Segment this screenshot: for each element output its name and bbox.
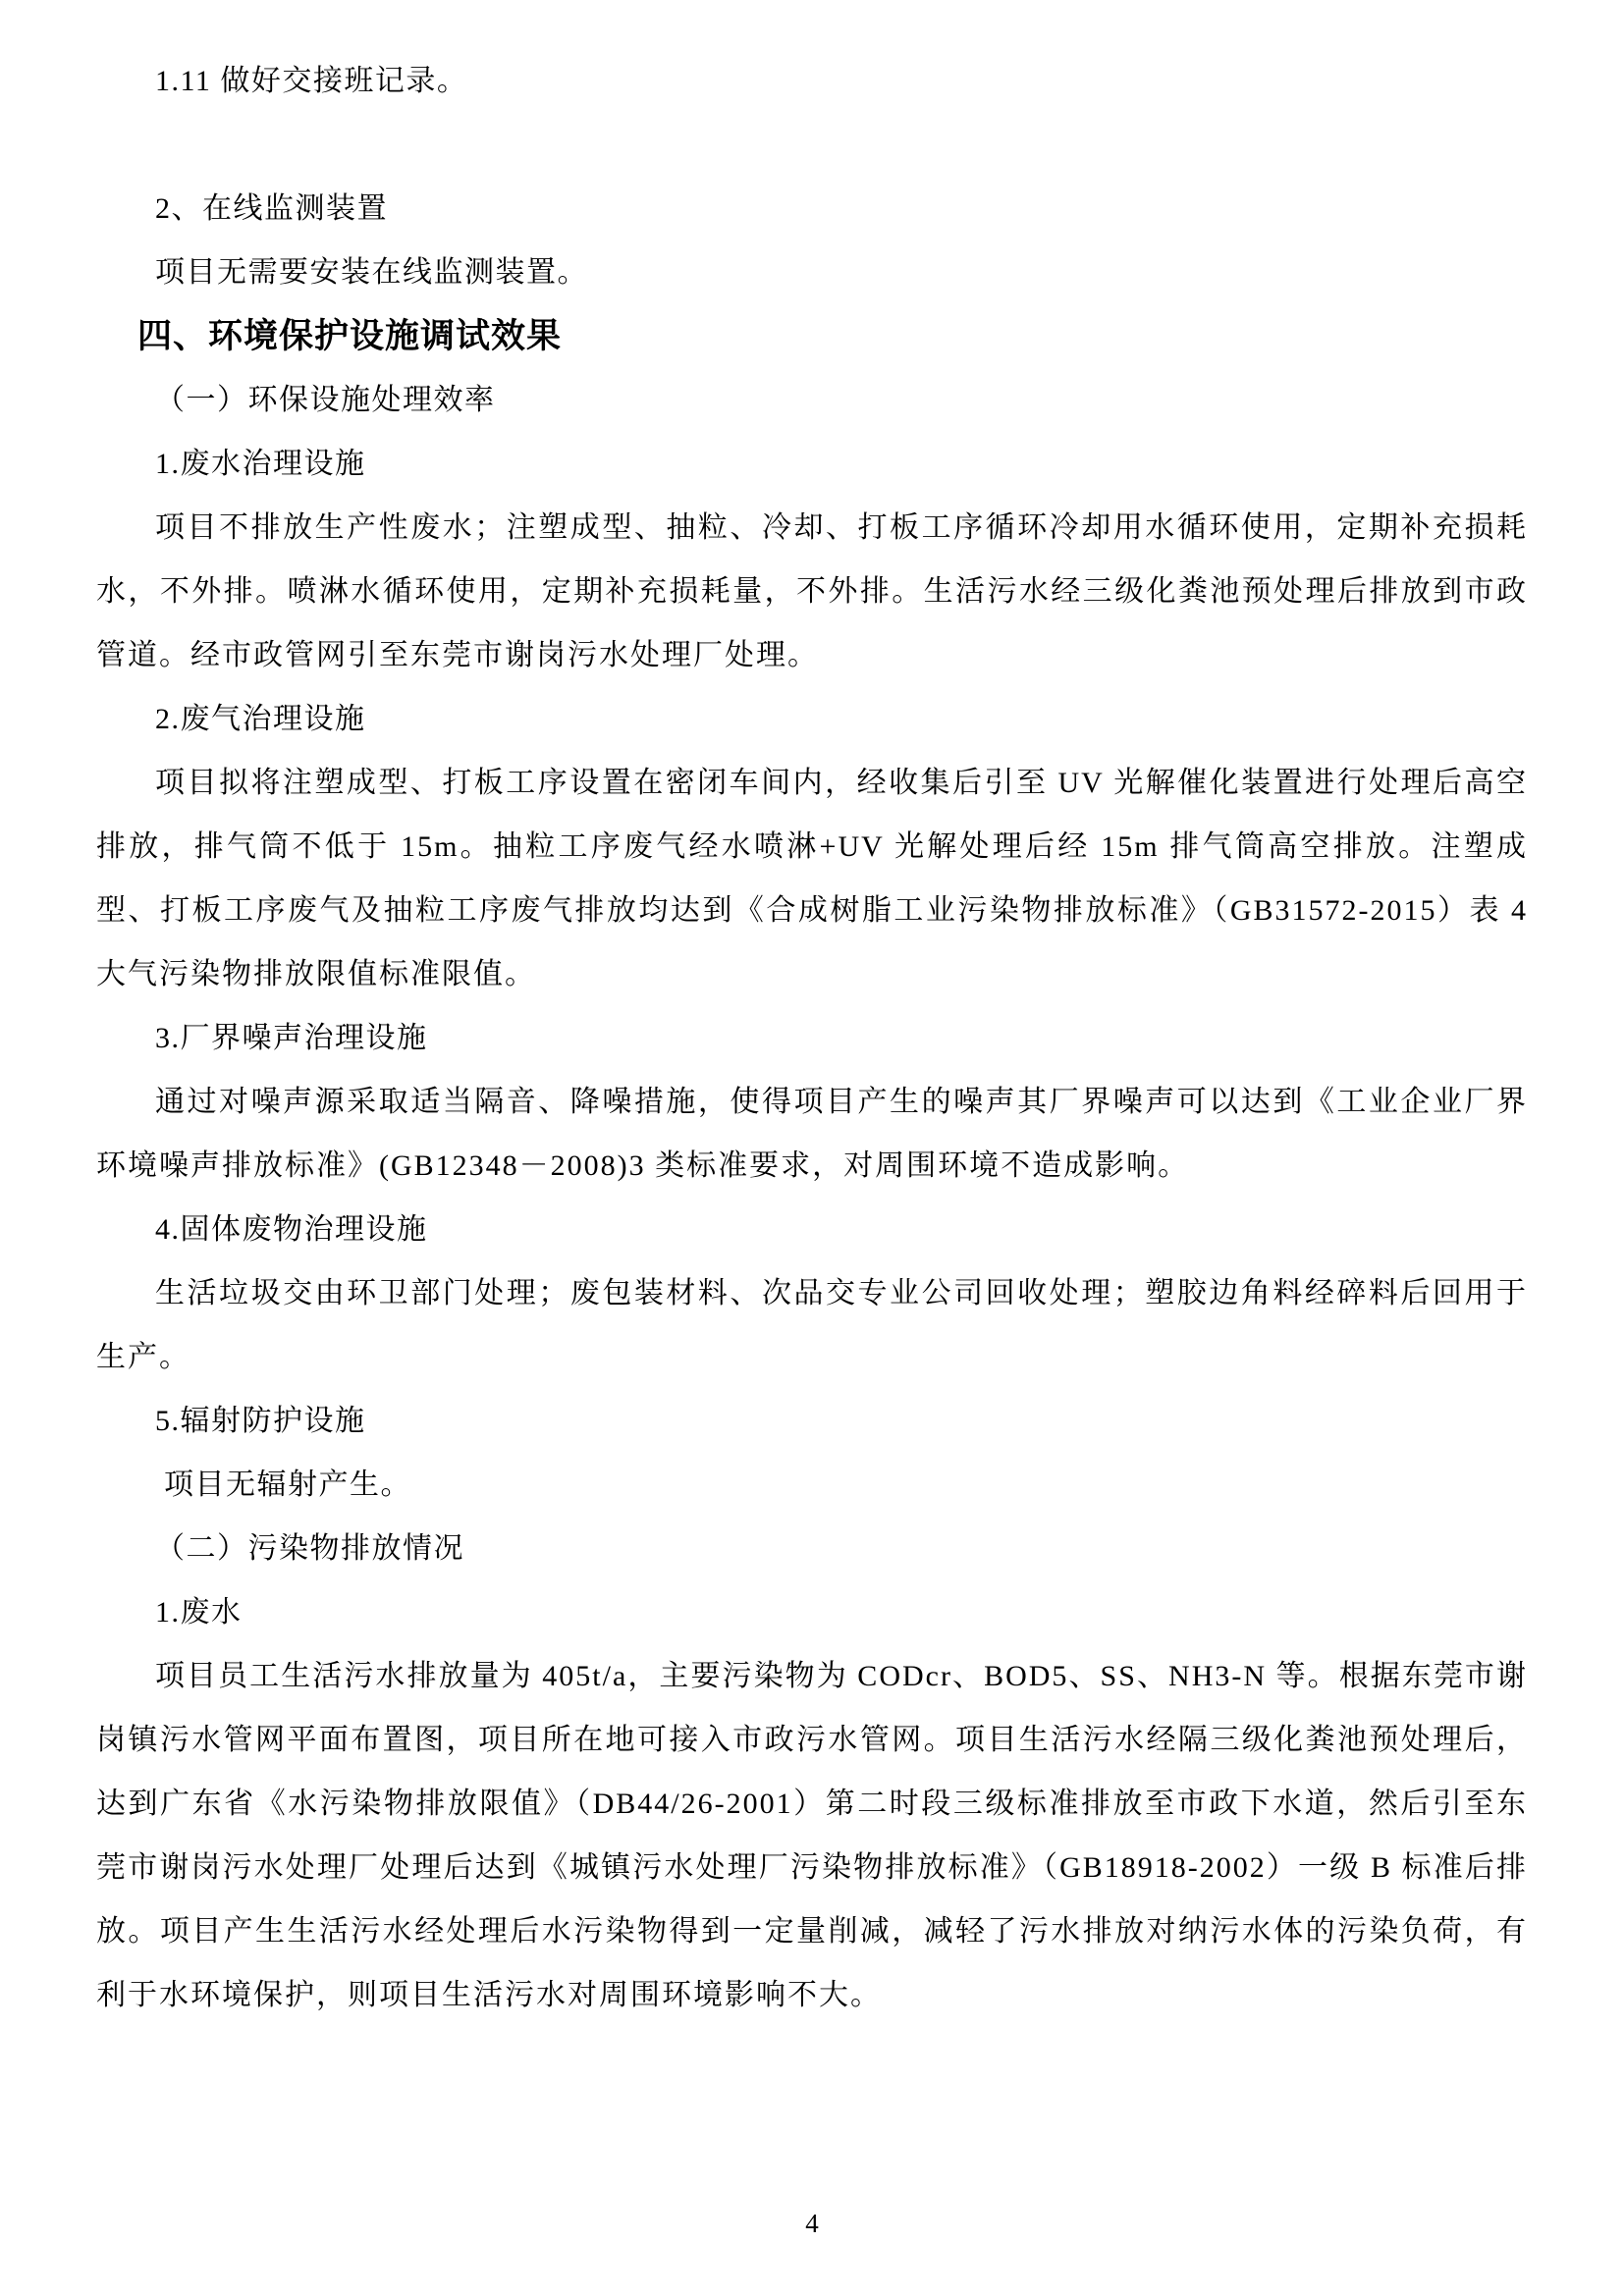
item-heading-noise-facility: 3.厂界噪声治理设施 [96,1006,1528,1070]
section-heading-online-monitoring: 2、在线监测装置 [96,177,1528,240]
chapter-heading-env-protection-effect: 四、环境保护设施调试效果 [96,304,1528,368]
blank-line [96,113,1528,177]
subsection-heading-pollutant-discharge: （二）污染物排放情况 [96,1517,1528,1580]
item-heading-wastewater-discharge: 1.废水 [96,1580,1528,1644]
body-text-no-monitoring: 项目无需要安装在线监测装置。 [96,240,1528,304]
list-item-shift-record: 1.11 做好交接班记录。 [96,49,1528,113]
item-heading-exhaust-facility: 2.废气治理设施 [96,687,1528,751]
page-number: 4 [0,2209,1624,2239]
paragraph-noise: 通过对噪声源采取适当隔音、降噪措施，使得项目产生的噪声其厂界噪声可以达到《工业企… [96,1070,1528,1198]
item-heading-wastewater-facility: 1.废水治理设施 [96,432,1528,496]
paragraph-wastewater-discharge: 项目员工生活污水排放量为 405t/a，主要污染物为 CODcr、BOD5、SS… [96,1644,1528,2027]
paragraph-exhaust: 项目拟将注塑成型、打板工序设置在密闭车间内，经收集后引至 UV 光解催化装置进行… [96,751,1528,1006]
item-heading-solid-waste-facility: 4.固体废物治理设施 [96,1198,1528,1261]
subsection-heading-treatment-efficiency: （一）环保设施处理效率 [96,368,1528,432]
item-heading-radiation-facility: 5.辐射防护设施 [96,1389,1528,1453]
paragraph-solid-waste: 生活垃圾交由环卫部门处理；废包装材料、次品交专业公司回收处理；塑胶边角料经碎料后… [96,1261,1528,1389]
document-page: 1.11 做好交接班记录。 2、在线监测装置 项目无需要安装在线监测装置。 四、… [0,0,1624,2296]
body-text-no-radiation: 项目无辐射产生。 [96,1453,1528,1517]
paragraph-wastewater: 项目不排放生产性废水；注塑成型、抽粒、冷却、打板工序循环冷却用水循环使用，定期补… [96,496,1528,687]
